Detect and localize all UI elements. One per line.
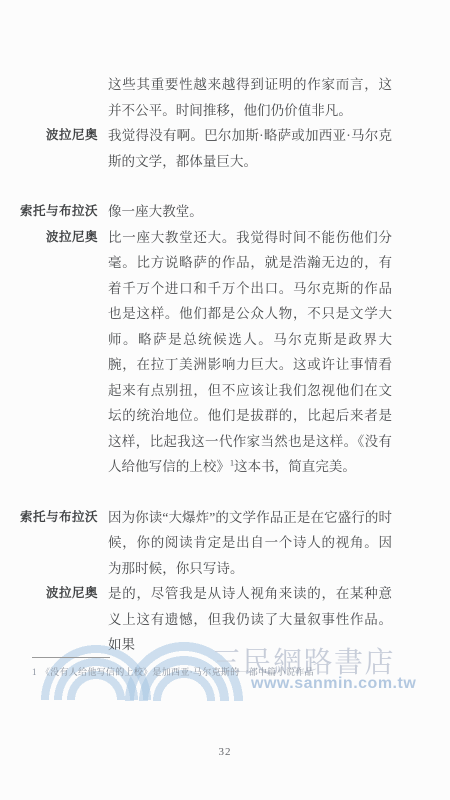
dialogue-turn: 波拉尼奥 我觉得没有啊。巴尔加斯·略萨或加西亚·马尔克斯的文学，都体量巨大。 [18, 123, 392, 174]
speech-text: 像一座大教堂。 [108, 199, 392, 225]
speech-text: 比一座大教堂还大。我觉得时间不能伤他们分毫。比方说略萨的作品，就是浩瀚无边的，有… [108, 225, 392, 480]
dialogue-turn: 索托与布拉沃 因为你读“大爆炸”的文学作品正是在它盛行的时候，你的阅读肯定是出自… [18, 505, 392, 582]
speech-text: 因为你读“大爆炸”的文学作品正是在它盛行的时候，你的阅读肯定是出自一个诗人的视角… [108, 505, 392, 582]
speaker-label: 波拉尼奥 [18, 225, 98, 480]
speech-text-segment: 这本书，简直完美。 [234, 459, 356, 474]
footnote-separator-rule [32, 657, 110, 658]
speech-text-segment: 比一座大教堂还大。我觉得时间不能伤他们分毫。比方说略萨的作品，就是浩瀚无边的，有… [108, 230, 392, 475]
continuation-text: 这些其重要性越来越得到证明的作家而言，这并不公平。时间推移，他们仍价值非凡。 [108, 72, 392, 123]
footnote: 1《没有人给他写信的上校》是加西亚·马尔克斯的一部中篇小说作品 [32, 666, 362, 679]
dialogue-turn: 索托与布拉沃 像一座大教堂。 [18, 199, 392, 225]
dialogue-turn: 波拉尼奥 比一座大教堂还大。我觉得时间不能伤他们分毫。比方说略萨的作品，就是浩瀚… [18, 225, 392, 480]
speaker-label: 索托与布拉沃 [18, 199, 98, 225]
dialogue-content: 这些其重要性越来越得到证明的作家而言，这并不公平。时间推移，他们仍价值非凡。 波… [18, 72, 392, 658]
speaker-label-empty [18, 72, 98, 123]
speech-text: 我觉得没有啊。巴尔加斯·略萨或加西亚·马尔克斯的文学，都体量巨大。 [108, 123, 392, 174]
speech-text: 是的，尽管我是从诗人视角来读的，在某种意义上这有遗憾，但我仍读了大量叙事性作品。… [108, 581, 392, 658]
speaker-label: 索托与布拉沃 [18, 505, 98, 582]
page-number: 32 [0, 746, 450, 758]
continuation-paragraph: 这些其重要性越来越得到证明的作家而言，这并不公平。时间推移，他们仍价值非凡。 [18, 72, 392, 123]
book-page: 这些其重要性越来越得到证明的作家而言，这并不公平。时间推移，他们仍价值非凡。 波… [0, 0, 450, 800]
speaker-label: 波拉尼奥 [18, 581, 98, 658]
dialogue-turn: 波拉尼奥 是的，尽管我是从诗人视角来读的，在某种意义上这有遗憾，但我仍读了大量叙… [18, 581, 392, 658]
footnote-text: 《没有人给他写信的上校》是加西亚·马尔克斯的一部中篇小说作品 [41, 667, 314, 677]
footnote-marker: 1 [32, 667, 37, 677]
speaker-label: 波拉尼奥 [18, 123, 98, 174]
